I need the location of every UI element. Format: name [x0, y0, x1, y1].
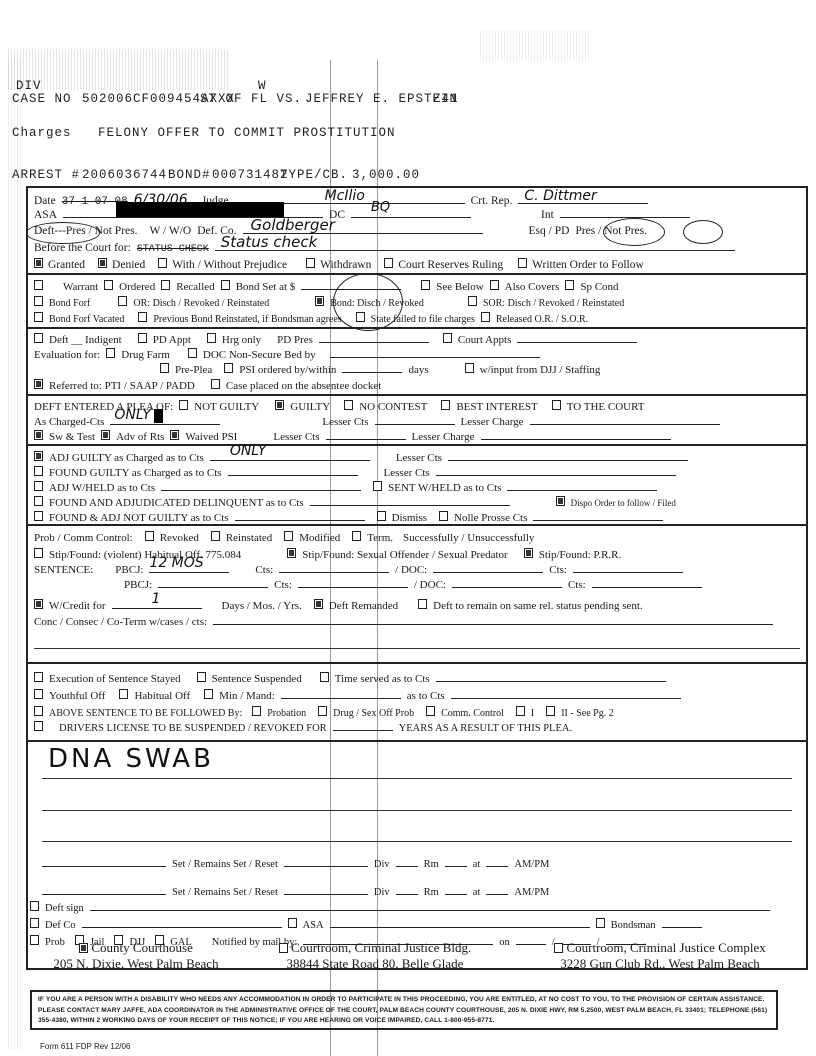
- pd-appt-label: PD Appt: [153, 334, 191, 346]
- nolle-checkbox[interactable]: [439, 511, 448, 521]
- probation-label: Probation: [267, 708, 306, 719]
- stip-prr-label: Stip/Found: P.R.R.: [539, 549, 622, 561]
- or-disch-checkbox[interactable]: [118, 296, 127, 306]
- county-courthouse-address: 205 N. Dixie, West Palm Beach: [36, 956, 236, 972]
- form-id: Form 611 FDP Rev 12/06: [40, 1042, 130, 1051]
- bond-label: BOND#: [168, 168, 211, 182]
- see-below-label: See Below: [436, 281, 483, 293]
- gun-club-name: Courtroom, Criminal Justice Complex: [566, 940, 765, 955]
- reset-date-field-1[interactable]: [284, 857, 368, 867]
- probation-checkbox[interactable]: [252, 706, 261, 716]
- sor-disch-checkbox[interactable]: [468, 296, 477, 306]
- with-without-label[interactable]: W / W/O: [149, 225, 191, 237]
- lesser-charge-field-1[interactable]: [530, 415, 720, 425]
- bond-circle: [333, 273, 403, 331]
- evaluation-label: Evaluation for:: [34, 349, 100, 361]
- adv-rts-checkbox[interactable]: [101, 430, 110, 440]
- crt-rep-field[interactable]: C. Dittmer: [518, 194, 648, 204]
- case-label: CASE NO: [12, 92, 72, 106]
- as-charged-label: As Charged-Cts: [34, 416, 104, 428]
- asa-label: ASA: [34, 209, 57, 221]
- rm-field-1[interactable]: [445, 857, 467, 867]
- plea-label: DEFT ENTERED A PLEA OF:: [34, 401, 173, 413]
- notes-handwritten: DNA SWAB: [48, 744, 214, 774]
- found-not-guilty-field[interactable]: [235, 511, 365, 521]
- denied-checkbox[interactable]: [98, 258, 107, 268]
- case-number-row: CASE NO: [12, 92, 72, 106]
- div-field-2[interactable]: [396, 885, 418, 895]
- bond-number: 000731482: [212, 168, 289, 182]
- warrant-checkbox[interactable]: [34, 280, 43, 290]
- or-disch-label: OR: Disch / Revoked / Reinstated: [133, 298, 269, 309]
- recalled-checkbox[interactable]: [161, 280, 170, 290]
- found-guilty-field[interactable]: [228, 466, 358, 476]
- revoked-checkbox[interactable]: [145, 531, 154, 541]
- found-not-guilty-label: FOUND & ADJ NOT GUILTY as to Cts: [49, 512, 229, 524]
- license-checkbox[interactable]: [34, 721, 43, 731]
- time-field-1[interactable]: [486, 857, 508, 867]
- cc-ii-checkbox[interactable]: [546, 706, 555, 716]
- djj-input-checkbox[interactable]: [465, 363, 474, 373]
- hrg-only-label: Hrg only: [222, 334, 261, 346]
- rm-label-1: Rm: [424, 859, 439, 870]
- div-label: DIV: [16, 79, 42, 93]
- sex-off-prob-checkbox[interactable]: [318, 706, 327, 716]
- waived-psi-checkbox[interactable]: [170, 430, 179, 440]
- reserves-ruling-checkbox[interactable]: [384, 258, 393, 268]
- section-appearance: Date 37 1 07 08 6/30/06 Judge McIlio Crt…: [28, 188, 806, 275]
- before-court-field[interactable]: Status check: [215, 241, 735, 251]
- cts-field-1[interactable]: [279, 563, 389, 573]
- charges-label: Charges: [12, 126, 72, 140]
- revoked-label: Revoked: [160, 532, 199, 544]
- doc-bed-label: DOC Non-Secure Bed by: [203, 349, 316, 361]
- gun-club-address: 3228 Gun Club Rd., West Palm Beach: [510, 956, 810, 972]
- conc-line-2: [34, 648, 800, 649]
- bond-amount: 3,000.00: [352, 168, 420, 182]
- at-label-2: at: [473, 887, 481, 898]
- div-label-2: Div: [374, 887, 390, 898]
- license-suffix: YEARS AS A RESULT OF THIS PLEA.: [399, 723, 572, 734]
- lesser-cts-label-2: Lesser Cts: [273, 431, 319, 443]
- scan-artifact-top: [480, 30, 590, 60]
- min-mand-cts-field[interactable]: [451, 689, 681, 699]
- asa-dist-label: ASA: [303, 920, 324, 931]
- hrg-only-checkbox[interactable]: [207, 333, 216, 343]
- psi-days-field[interactable]: [342, 363, 402, 373]
- arrest-label: ARREST #: [12, 168, 80, 182]
- county-courthouse-name: County Courthouse: [91, 940, 192, 955]
- bond-set-checkbox[interactable]: [221, 280, 230, 290]
- modified-label: Modified: [299, 532, 340, 544]
- success-label: Successfully / Unsuccessfully: [403, 532, 534, 544]
- doc-bed-checkbox[interactable]: [188, 348, 197, 358]
- reinstated-checkbox[interactable]: [211, 531, 220, 541]
- followed-by-checkbox[interactable]: [34, 706, 43, 716]
- before-court-label: Before the Court for:: [34, 242, 131, 254]
- withdrawn-checkbox[interactable]: [306, 258, 315, 268]
- set-label-2[interactable]: Set / Remains Set / Reset: [172, 887, 278, 898]
- drug-farm-label: Drug Farm: [121, 349, 170, 361]
- pre-plea-label: Pre-Plea: [175, 364, 212, 376]
- see-below-checkbox[interactable]: [421, 280, 430, 290]
- section-sentence-conditions: Execution of Sentence Stayed Sentence Su…: [28, 664, 806, 742]
- bondsman-checkbox[interactable]: [596, 918, 605, 928]
- cts-label-2: Cts:: [549, 564, 567, 576]
- nolle-label: Nolle Prosse Cts: [454, 512, 527, 524]
- denied-label: Denied: [112, 259, 145, 271]
- doc-field-1[interactable]: [433, 563, 543, 573]
- date-label: Date: [34, 195, 56, 207]
- found-lesser-cts-field[interactable]: [436, 466, 676, 476]
- no-contest-checkbox[interactable]: [344, 400, 353, 410]
- min-mand-cts-label: as to Cts: [407, 690, 445, 702]
- bond-forf-checkbox[interactable]: [34, 296, 43, 306]
- guilty-label: GUILTY: [290, 401, 330, 413]
- comm-control-label: Comm. Control: [441, 708, 504, 719]
- followed-by-label: ABOVE SENTENCE TO BE FOLLOWED By:: [49, 708, 242, 719]
- lesser-charge-label-2: Lesser Charge: [412, 431, 475, 443]
- sent-withheld-label: SENT W/HELD as to Cts: [388, 482, 501, 494]
- bondsman-field[interactable]: [662, 918, 702, 928]
- pbcj-label-2: PBCJ:: [124, 579, 152, 591]
- def-co-dist-field[interactable]: [82, 918, 282, 928]
- location-county-courthouse[interactable]: County Courthouse 205 N. Dixie, West Pal…: [36, 940, 236, 972]
- cc-i-checkbox[interactable]: [516, 706, 525, 716]
- comm-control-checkbox[interactable]: [426, 706, 435, 716]
- div-value: W: [258, 79, 267, 93]
- cts-label-4: Cts:: [568, 579, 586, 591]
- dismiss-checkbox[interactable]: [377, 511, 386, 521]
- int-label: Int: [541, 209, 554, 221]
- bondsman-label: Bondsman: [611, 920, 656, 931]
- doc-label-2: / DOC:: [414, 579, 446, 591]
- bond-forf-label: Bond Forf: [49, 298, 90, 309]
- dismiss-label: Dismiss: [392, 512, 427, 524]
- belle-glade-address: 38844 State Road 80, Belle Glade: [250, 956, 500, 972]
- notes-area[interactable]: DNA SWAB: [28, 742, 806, 857]
- stip-prr-checkbox[interactable]: [524, 548, 533, 558]
- cts-label-3: Cts:: [274, 579, 292, 591]
- term-label: Term.: [367, 532, 393, 544]
- license-label: DRIVERS LICENSE TO BE SUSPENDED / REVOKE…: [59, 723, 327, 734]
- notes-line-1: [42, 778, 792, 779]
- not-guilty-checkbox[interactable]: [179, 400, 188, 410]
- section-sentence: Prob / Comm Control: Revoked Reinstated …: [28, 526, 806, 664]
- case-code: Z41: [433, 92, 459, 106]
- as-charged-field[interactable]: ONLY: [110, 415, 220, 425]
- asa-dist-field[interactable]: [330, 918, 590, 928]
- remain-status-label: Deft to remain on same rel. status pendi…: [433, 600, 643, 612]
- adj-lesser-cts-label: Lesser Cts: [396, 452, 442, 464]
- not-guilty-label: NOT GUILTY: [194, 401, 259, 413]
- term-checkbox[interactable]: [352, 531, 361, 541]
- drug-farm-checkbox[interactable]: [106, 348, 115, 358]
- modified-checkbox[interactable]: [284, 531, 293, 541]
- before-court-struck: STATUS CHECK: [137, 244, 209, 255]
- sw-test-label: Sw & Test: [49, 431, 95, 443]
- min-mand-checkbox[interactable]: [204, 689, 213, 699]
- pd-pres-label: PD Pres: [277, 334, 313, 346]
- lesser-charge-label-1: Lesser Charge: [461, 416, 524, 428]
- bond-forf-vacated-checkbox[interactable]: [34, 312, 43, 322]
- lesser-cts-field-1[interactable]: [375, 415, 455, 425]
- granted-label: Granted: [48, 259, 85, 271]
- section-plea: DEFT ENTERED A PLEA OF: NOT GUILTY GUILT…: [28, 396, 806, 446]
- adj-withheld-field[interactable]: [161, 481, 361, 491]
- reset-row-1: Set / Remains Set / Reset Div Rm at AM/P…: [42, 857, 800, 870]
- div-label-1: Div: [374, 859, 390, 870]
- stip-habitual-label: Stip/Found: (violent) Habitual Off. 775.…: [49, 549, 241, 561]
- location-gun-club[interactable]: Courtroom, Criminal Justice Complex 3228…: [510, 940, 810, 972]
- pd-pres-field[interactable]: [319, 333, 429, 343]
- doc-bed-field[interactable]: [330, 348, 540, 358]
- days-label: days: [408, 364, 428, 376]
- warrant-label: Warrant: [63, 281, 98, 293]
- ordered-checkbox[interactable]: [104, 280, 113, 290]
- pbcj-field-1[interactable]: 12 MOS: [149, 563, 229, 573]
- previous-bond-label: Previous Bond Reinstated, if Bondsman ag…: [153, 314, 341, 325]
- remanded-label: Deft Remanded: [329, 600, 398, 612]
- execution-stayed-checkbox[interactable]: [34, 672, 43, 682]
- pd-appt-checkbox[interactable]: [138, 333, 147, 343]
- youthful-label: Youthful Off: [49, 690, 105, 702]
- best-interest-label: BEST INTEREST: [456, 401, 537, 413]
- adj-guilty-label: ADJ GUILTY as Charged as to Cts: [49, 452, 204, 464]
- ordered-label: Ordered: [119, 281, 155, 293]
- no-contest-label: NO CONTEST: [359, 401, 427, 413]
- found-delinquent-label: FOUND AND ADJUDICATED DELINQUENT as to C…: [49, 497, 304, 509]
- set-label-1[interactable]: Set / Remains Set / Reset: [172, 859, 278, 870]
- court-appts-checkbox[interactable]: [443, 333, 452, 343]
- recalled-label: Recalled: [176, 281, 214, 293]
- found-guilty-checkbox[interactable]: [34, 466, 43, 476]
- found-not-guilty-checkbox[interactable]: [34, 511, 43, 521]
- absentee-docket-checkbox[interactable]: [211, 379, 220, 389]
- cc-ii-label: II - See Pg. 2: [561, 708, 614, 719]
- waived-psi-label: Waived PSI: [185, 431, 237, 443]
- doc-label-1: / DOC:: [395, 564, 427, 576]
- released-or-checkbox[interactable]: [481, 312, 490, 322]
- notes-line-3: [42, 841, 792, 842]
- to-the-court-label: TO THE COURT: [567, 401, 645, 413]
- sent-withheld-checkbox[interactable]: [373, 481, 382, 491]
- sex-off-prob-label: Drug / Sex Off Prob: [333, 708, 414, 719]
- adj-withheld-checkbox[interactable]: [34, 481, 43, 491]
- ampm-label-2[interactable]: AM/PM: [514, 887, 549, 898]
- also-covers-checkbox[interactable]: [490, 280, 499, 290]
- arrest-number: 2006036744: [82, 168, 167, 182]
- sor-disch-label: SOR: Disch / Revoked / Reinstated: [483, 298, 624, 309]
- time-served-checkbox[interactable]: [320, 672, 329, 682]
- execution-stayed-label: Execution of Sentence Stayed: [49, 673, 181, 685]
- min-mand-field[interactable]: [281, 689, 401, 699]
- dispo-order-checkbox[interactable]: [556, 496, 565, 506]
- license-years-field[interactable]: [333, 721, 393, 731]
- adj-guilty-field[interactable]: ONLY: [210, 451, 370, 461]
- belle-glade-name: Courtroom, Criminal Justice Bldg.: [291, 940, 471, 955]
- time-served-field[interactable]: [436, 672, 666, 682]
- cc-i-label: I: [531, 708, 534, 719]
- habitual-label: Habitual Off: [134, 690, 190, 702]
- psi-checkbox[interactable]: [224, 363, 233, 373]
- bond-forf-vacated-label: Bond Forf Vacated: [49, 314, 124, 325]
- pbcj-field-2[interactable]: [158, 578, 268, 588]
- rm-field-2[interactable]: [445, 885, 467, 895]
- location-belle-glade[interactable]: Courtroom, Criminal Justice Bldg. 38844 …: [250, 940, 500, 972]
- at-label-1: at: [473, 859, 481, 870]
- sentence-label: SENTENCE:: [34, 564, 93, 576]
- adj-guilty-checkbox[interactable]: [34, 451, 43, 461]
- sentence-suspended-checkbox[interactable]: [197, 672, 206, 682]
- prejudice-label: With / Without Prejudice: [172, 259, 287, 271]
- remanded-checkbox[interactable]: [314, 599, 323, 609]
- credit-checkbox[interactable]: [34, 599, 43, 609]
- conc-field[interactable]: [213, 615, 773, 625]
- psi-label: PSI ordered by/within: [239, 364, 336, 376]
- deft-sign-field[interactable]: [90, 901, 770, 911]
- credit-field[interactable]: 1: [112, 599, 202, 609]
- written-order-checkbox[interactable]: [518, 258, 527, 268]
- adv-rts-label: Adv of Rts: [116, 431, 164, 443]
- time-served-label: Time served as to Cts: [335, 673, 430, 685]
- belle-glade-checkbox[interactable]: [279, 943, 288, 953]
- deft-sign-checkbox[interactable]: [30, 901, 39, 911]
- court-appts-field[interactable]: [517, 333, 637, 343]
- adj-withheld-label: ADJ W/HELD as to Cts: [49, 482, 155, 494]
- court-minutes-form: Date 37 1 07 08 6/30/06 Judge McIlio Crt…: [26, 186, 808, 970]
- nolle-field[interactable]: [533, 511, 663, 521]
- credit-label: W/Credit for: [49, 600, 106, 612]
- found-delinquent-field[interactable]: [310, 496, 510, 506]
- div-field-1[interactable]: [396, 857, 418, 867]
- habitual-checkbox[interactable]: [119, 689, 128, 699]
- dc-field[interactable]: BQ: [351, 208, 471, 218]
- esq-pd-label[interactable]: Esq / PD: [529, 225, 570, 237]
- guilty-checkbox[interactable]: [275, 400, 284, 410]
- reset-event-field-1[interactable]: [42, 857, 166, 867]
- bond-disch-checkbox[interactable]: [315, 296, 324, 306]
- bond-type-label: TYPE/CB.: [280, 168, 348, 182]
- sp-cond-checkbox[interactable]: [565, 280, 574, 290]
- charge-description: FELONY OFFER TO COMMIT PROSTITUTION: [98, 126, 396, 140]
- lesser-charge-field-2[interactable]: [481, 430, 671, 440]
- county-courthouse-checkbox[interactable]: [79, 943, 88, 953]
- found-lesser-cts-label: Lesser Cts: [384, 467, 430, 479]
- written-order-label: Written Order to Follow: [532, 259, 644, 271]
- adj-lesser-cts-field[interactable]: [448, 451, 688, 461]
- credit-unit-label: Days / Mos. / Yrs.: [222, 600, 302, 612]
- sent-withheld-field[interactable]: [507, 481, 657, 491]
- cts-label-1: Cts:: [255, 564, 273, 576]
- also-covers-label: Also Covers: [505, 281, 560, 293]
- youthful-checkbox[interactable]: [34, 689, 43, 699]
- dispo-order-label: Dispo Order to follow / Filed: [571, 498, 676, 508]
- djj-input-label: w/input from DJJ / Staffing: [480, 364, 601, 376]
- doc-field-2[interactable]: [452, 578, 562, 588]
- min-mand-label: Min / Mand:: [219, 690, 275, 702]
- ampm-label-1[interactable]: AM/PM: [514, 859, 549, 870]
- indigent-checkbox[interactable]: [34, 333, 43, 343]
- section-indigent-evaluation: Deft __ Indigent PD Appt Hrg only PD Pre…: [28, 329, 806, 396]
- reset-event-field-2[interactable]: [42, 885, 166, 895]
- indigent-label: Deft __ Indigent: [49, 334, 122, 346]
- sp-cond-label: Sp Cond: [580, 281, 618, 293]
- deft-sign-label: Deft sign: [45, 903, 84, 914]
- asa-checkbox[interactable]: [288, 918, 297, 928]
- int-field[interactable]: [560, 208, 690, 218]
- reset-row-2: Set / Remains Set / Reset Div Rm at AM/P…: [42, 885, 800, 898]
- sw-test-checkbox[interactable]: [34, 430, 43, 440]
- time-field-2[interactable]: [486, 885, 508, 895]
- on-label: on: [499, 937, 510, 948]
- notes-line-2: [42, 810, 792, 811]
- stip-sexual-checkbox[interactable]: [287, 548, 296, 558]
- stip-habitual-checkbox[interactable]: [34, 548, 43, 558]
- court-appts-label: Court Appts: [458, 334, 511, 346]
- withdrawn-label: Withdrawn: [320, 259, 371, 271]
- reinstated-label: Reinstated: [226, 532, 272, 544]
- section-warrant-bond: Warrant Ordered Recalled Bond Set at $ S…: [28, 275, 806, 329]
- remain-status-checkbox[interactable]: [418, 599, 427, 609]
- bond-set-label: Bond Set at $: [236, 281, 296, 293]
- gun-club-checkbox[interactable]: [554, 943, 563, 953]
- found-guilty-label: FOUND GUILTY as Charged as to Cts: [49, 467, 222, 479]
- rm-label-2: Rm: [424, 887, 439, 898]
- referred-checkbox[interactable]: [34, 379, 43, 389]
- def-co-dist-label: Def Co: [45, 920, 76, 931]
- cts-field-2[interactable]: [573, 563, 683, 573]
- reset-date-field-2[interactable]: [284, 885, 368, 895]
- prob-control-label: Prob / Comm Control:: [34, 532, 133, 544]
- stip-sexual-label: Stip/Found: Sexual Offender / Sexual Pre…: [302, 549, 507, 561]
- prejudice-checkbox[interactable]: [158, 258, 167, 268]
- scan-artifact-margin: [8, 60, 22, 1050]
- cts-field-4[interactable]: [592, 578, 702, 588]
- granted-checkbox[interactable]: [34, 258, 43, 268]
- cts-field-3[interactable]: [298, 578, 408, 588]
- best-interest-checkbox[interactable]: [441, 400, 450, 410]
- case-style: ST OF FL VS.: [200, 92, 302, 106]
- section-adjudication: ADJ GUILTY as Charged as to Cts ONLY Les…: [28, 446, 806, 526]
- referred-label: Referred to: PTI / SAAP / PADD: [49, 380, 195, 392]
- ada-notice: IF YOU ARE A PERSON WITH A DISABILITY WH…: [30, 990, 778, 1030]
- found-delinquent-checkbox[interactable]: [34, 496, 43, 506]
- pbcj-label-1: PBCJ:: [115, 564, 143, 576]
- lesser-cts-label-1: Lesser Cts: [322, 416, 368, 428]
- previous-bond-checkbox[interactable]: [138, 312, 147, 322]
- conc-label: Conc / Consec / Co-Term w/cases / cts:: [34, 616, 207, 628]
- def-co-checkbox[interactable]: [30, 918, 39, 928]
- released-or-label: Released O.R. / S.O.R.: [496, 314, 588, 325]
- crt-rep-label: Crt. Rep.: [471, 195, 513, 207]
- pre-plea-checkbox[interactable]: [160, 363, 169, 373]
- to-the-court-checkbox[interactable]: [552, 400, 561, 410]
- sentence-suspended-label: Sentence Suspended: [212, 673, 302, 685]
- absentee-docket-label: Case placed on the absentee docket: [226, 380, 381, 392]
- lesser-cts-field-2[interactable]: [326, 430, 406, 440]
- reserves-ruling-label: Court Reserves Ruling: [398, 259, 503, 271]
